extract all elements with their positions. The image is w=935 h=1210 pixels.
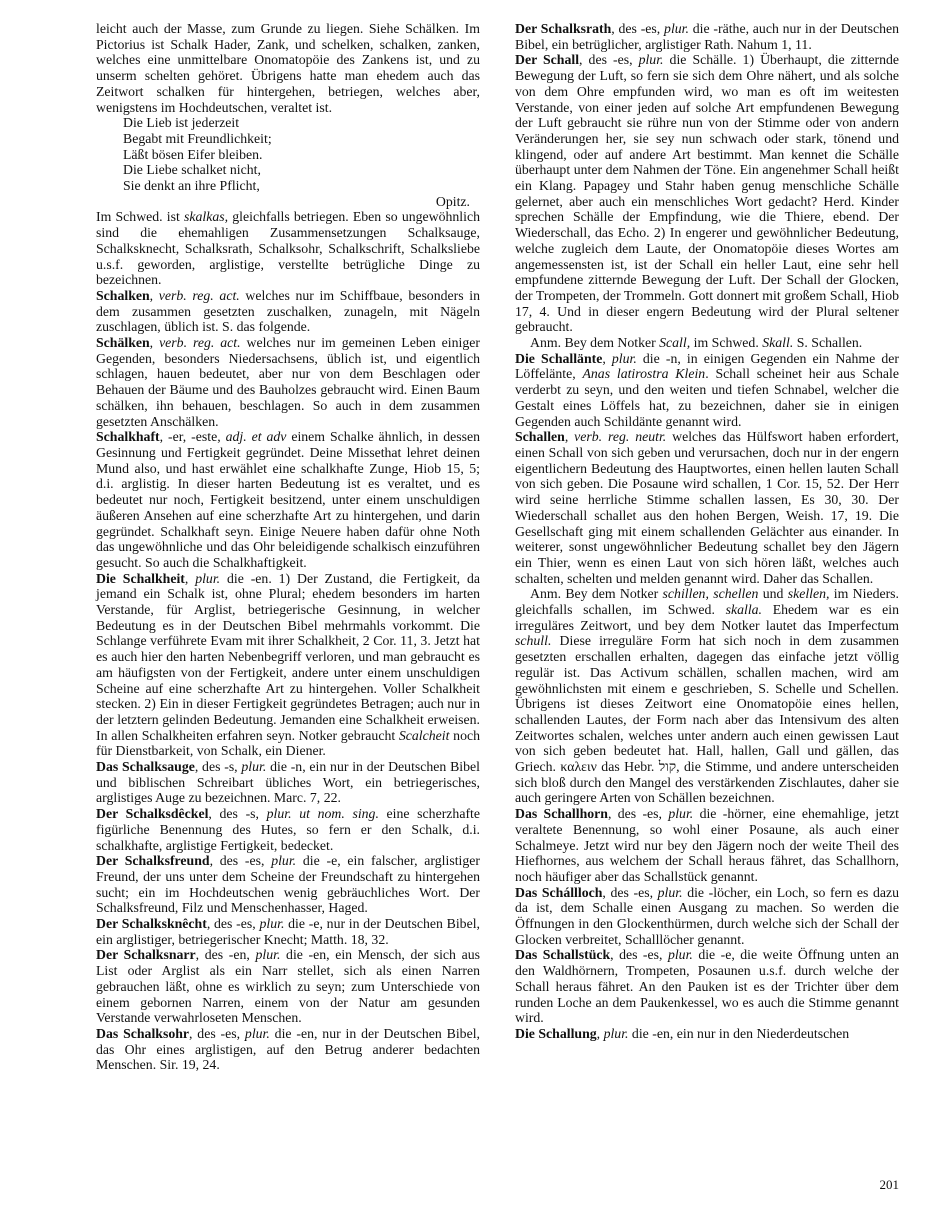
paragraph-schwed: Im Schwed. ist skalkas, gleichfalls betr… — [96, 209, 480, 288]
entry-schallen: Schallen, verb. reg. neutr. welches das … — [515, 429, 899, 586]
verse-line: Läßt bösen Eifer bleiben. — [96, 147, 480, 163]
verse-line: Begabt mit Freundlichkeit; — [96, 131, 480, 147]
column-left: leicht auch der Masse, zum Grunde zu lie… — [96, 21, 480, 1073]
entry-schalksfreund: Der Schalksfreund, des -es, plur. die -e… — [96, 853, 480, 916]
entry-schalksnarr: Der Schalksnarr, des -en, plur. die -en,… — [96, 947, 480, 1026]
verse-line: Die Lieb ist jederzeit — [96, 115, 480, 131]
entry-schallaente: Die Schallänte, plur. die -n, in einigen… — [515, 351, 899, 430]
column-right: Der Schalksrath, des -es, plur. die -rät… — [515, 21, 899, 1042]
continuation-schalk: leicht auch der Masse, zum Grunde zu lie… — [96, 21, 480, 115]
entry-schallhorn: Das Schallhorn, des -es, plur. die -hörn… — [515, 806, 899, 885]
entry-schalksauge: Das Schalksauge, des -s, plur. die -n, e… — [96, 759, 480, 806]
entry-schalksohr: Das Schalksohr, des -es, plur. die -en, … — [96, 1026, 480, 1073]
entry-schaelken: Schälken, verb. reg. act. welches nur im… — [96, 335, 480, 429]
entry-schalksrath: Der Schalksrath, des -es, plur. die -rät… — [515, 21, 899, 52]
anm-schall: Anm. Bey dem Notker Scall, im Schwed. Sk… — [515, 335, 899, 351]
entry-schalkheit: Die Schalkheit, plur. die -en. 1) Der Zu… — [96, 571, 480, 759]
page-number: 201 — [0, 1177, 899, 1192]
entry-schalksknecht: Der Schalksknêcht, des -es, plur. die -e… — [96, 916, 480, 947]
anm-schallen: Anm. Bey dem Notker schillen, schellen u… — [515, 586, 899, 806]
entry-schallloch: Das Schállloch, des -es, plur. die -löch… — [515, 885, 899, 948]
entry-schallung: Die Schallung, plur. die -en, ein nur in… — [515, 1026, 899, 1042]
entry-schall: Der Schall, des -es, plur. die Schälle. … — [515, 52, 899, 335]
entry-schallstueck: Das Schallstück, des -es, plur. die -e, … — [515, 947, 899, 1026]
entry-schalksdeckel: Der Schalksdêckel, des -s, plur. ut nom.… — [96, 806, 480, 853]
verse-line: Die Liebe schalket nicht, — [96, 162, 480, 178]
verse-attribution: Opitz. — [96, 194, 480, 210]
entry-schalkhaft: Schalkhaft, -er, -este, adj. et adv eine… — [96, 429, 480, 570]
entry-schalken: Schalken, verb. reg. act. welches nur im… — [96, 288, 480, 335]
verse-line: Sie denkt an ihre Pflicht, — [96, 178, 480, 194]
